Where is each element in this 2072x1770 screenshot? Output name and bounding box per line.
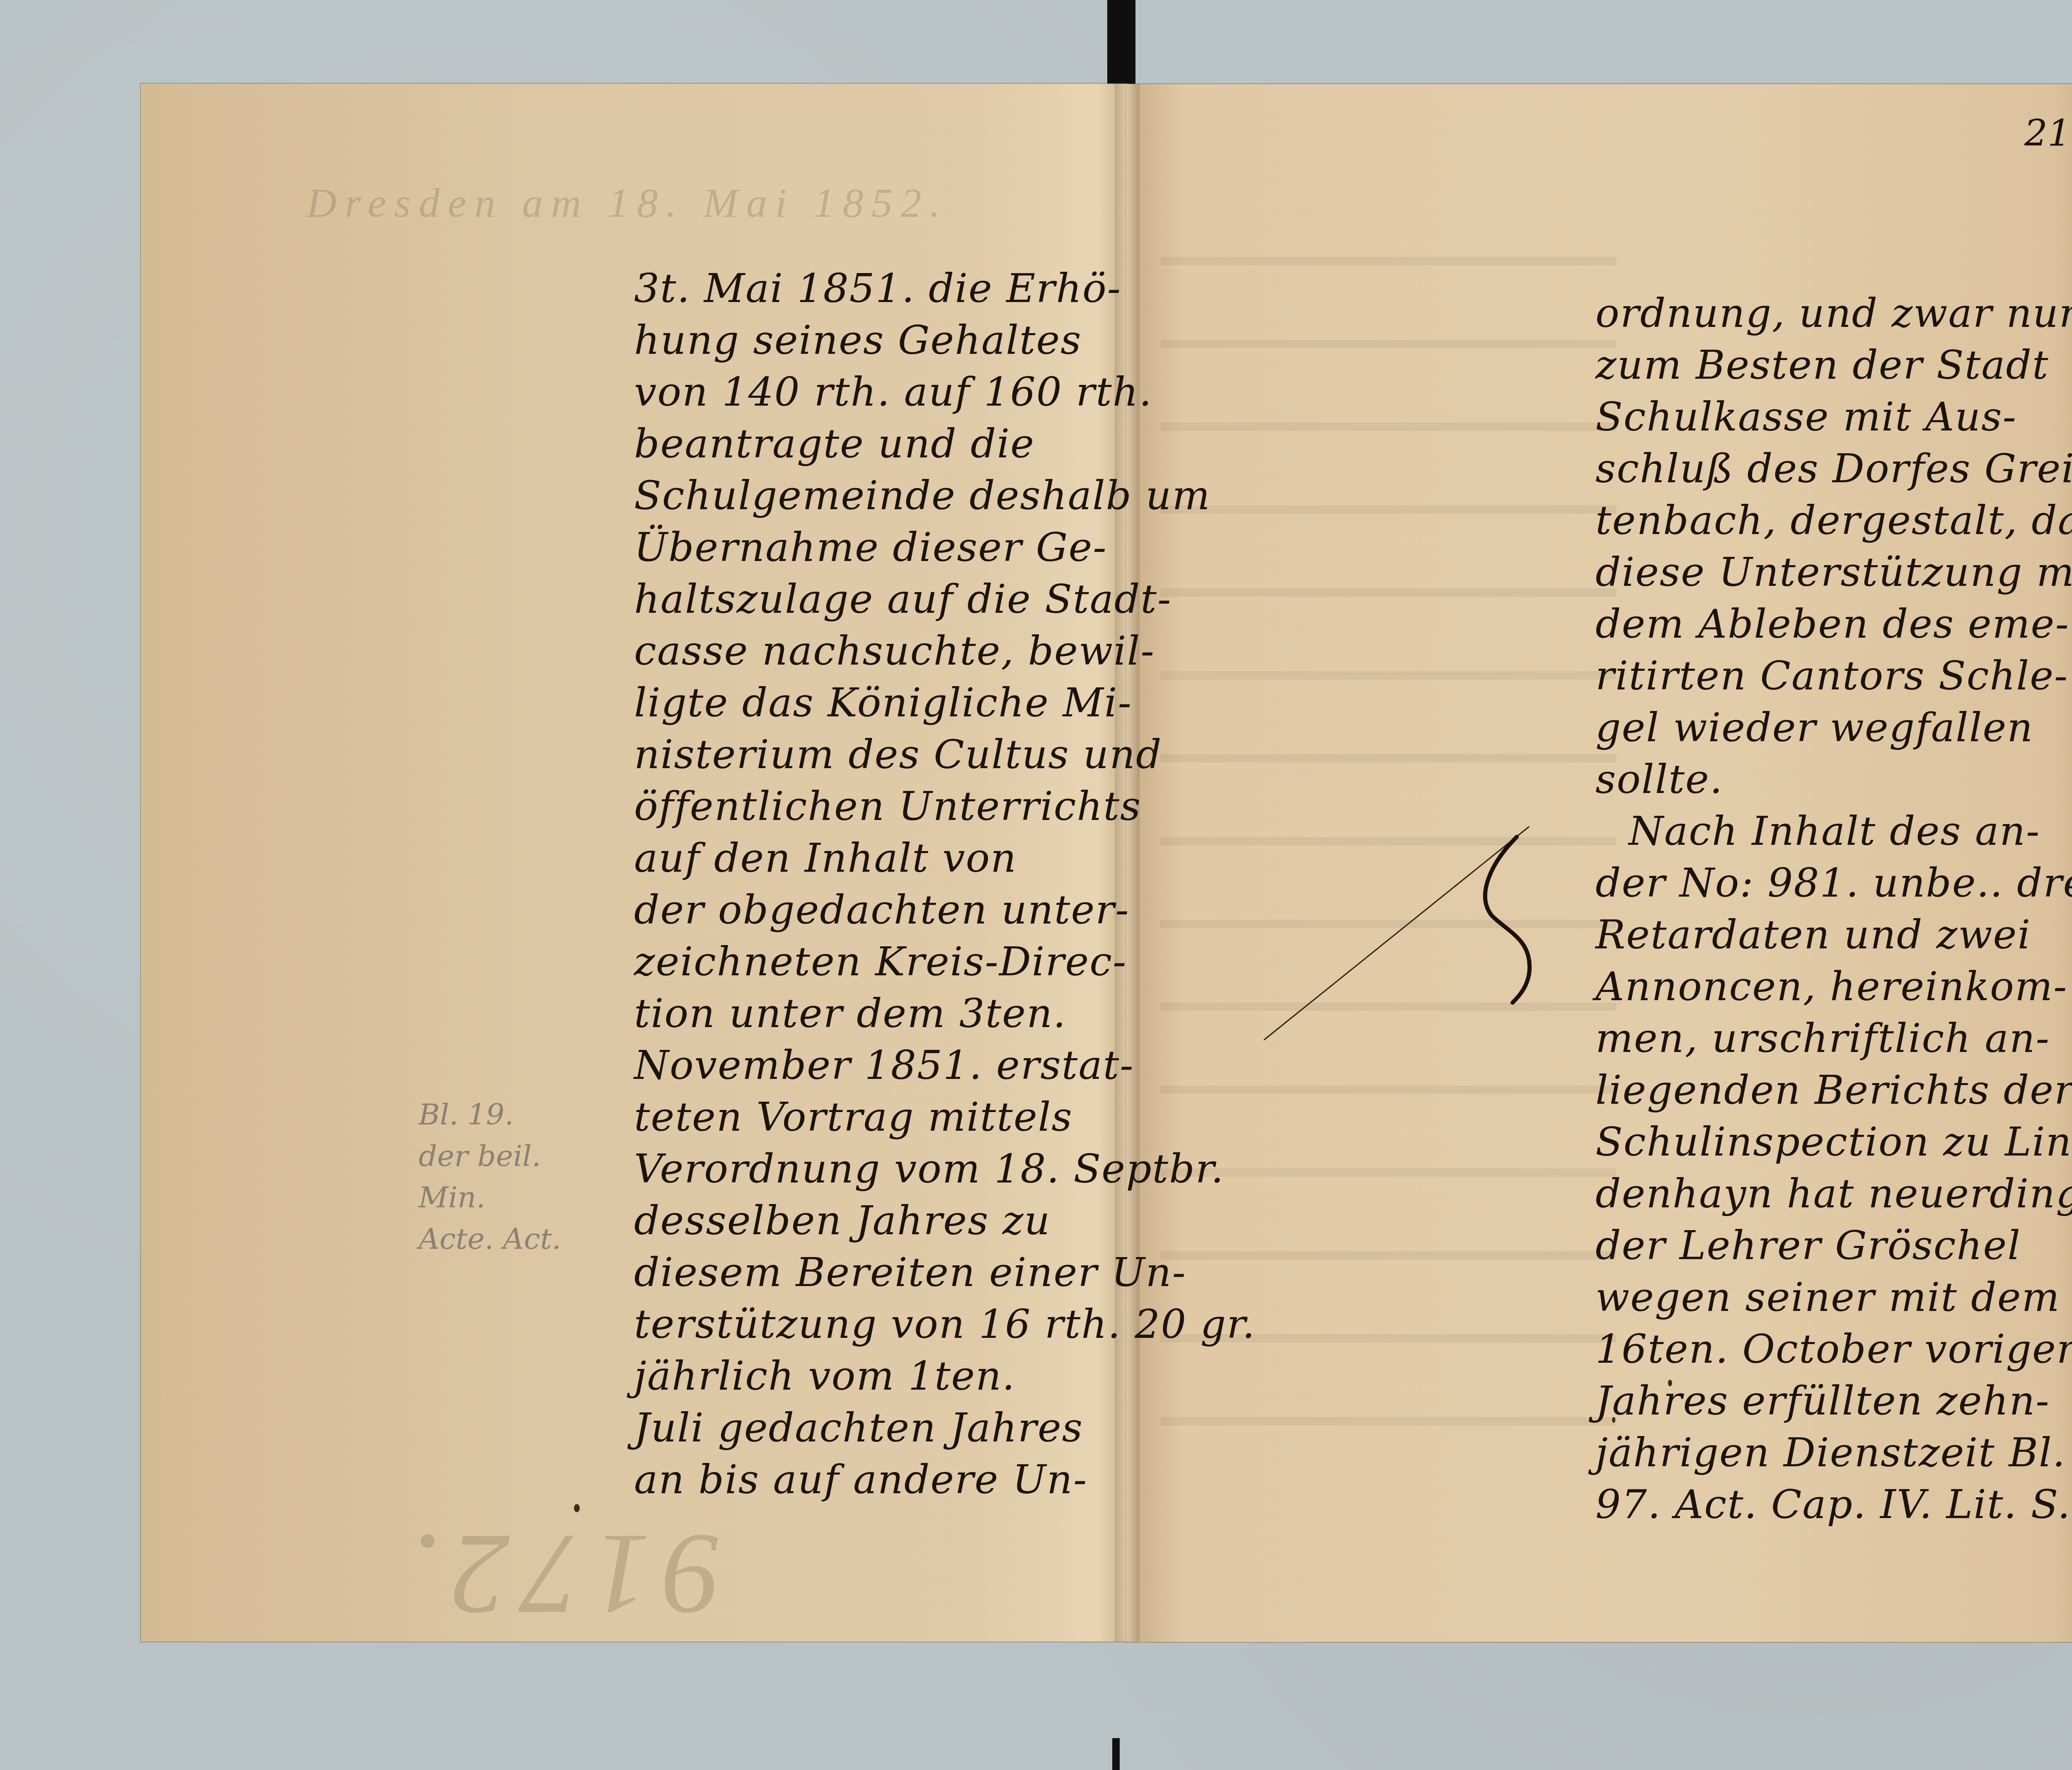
text-line: von 140 rth. auf 160 rth. <box>634 369 1152 415</box>
text-line: diese Unterstützung mit <box>1595 549 2072 595</box>
text-line: men, urschriftlich an- <box>1595 1015 2050 1062</box>
text-line: Jahres erfüllten zehn- <box>1595 1378 2050 1424</box>
text-line: desselben Jahres zu <box>634 1197 1051 1244</box>
text-line: Schulgemeinde deshalb um <box>634 472 1210 519</box>
binding-strap-top <box>1107 0 1135 85</box>
text-line: ligte das Königliche Mi- <box>634 679 1132 726</box>
text-line: beantragte und die <box>634 421 1035 467</box>
text-line: jährlich vom 1ten. <box>634 1353 1016 1399</box>
margin-pencil-note: Bl. 19. der beil. Min. Acte. Act. <box>419 1094 568 1260</box>
text-line: Verordnung vom 18. Septbr. <box>634 1146 1225 1192</box>
pen-stroke-mark <box>1260 825 1558 1081</box>
faded-stamp-number: 9172. <box>398 1508 721 1642</box>
text-line: ritirten Cantors Schle- <box>1595 653 2068 699</box>
text-line: Juli gedachten Jahres <box>634 1405 1083 1451</box>
text-line: hung seines Gehaltes <box>634 317 1082 363</box>
text-line: an bis auf andere Un- <box>634 1456 1087 1503</box>
folio-number: 21. <box>2024 112 2072 155</box>
text-line: dem Ableben des eme- <box>1595 601 2070 647</box>
text-line: Schulinspection zu Lin- <box>1595 1119 2072 1165</box>
text-line: liegenden Berichts der <box>1595 1067 2072 1113</box>
text-line: der Lehrer Gröschel <box>1595 1222 2021 1269</box>
text-line: diesem Bereiten einer Un- <box>634 1249 1186 1296</box>
text-line: jährigen Dienstzeit Bl. <box>1595 1429 2066 1476</box>
text-line: tenbach, dergestalt, daß <box>1595 497 2072 544</box>
text-line: 3t. Mai 1851. die Erhö- <box>634 265 1121 312</box>
text-line: Schulkasse mit Aus- <box>1595 394 2017 440</box>
text-line: 97. Act. Cap. IV. Lit. S. <box>1595 1481 2071 1528</box>
text-line: zum Besten der Stadt <box>1595 342 2049 388</box>
text-line: teten Vortrag mittels <box>634 1094 1073 1140</box>
text-line: Übernahme dieser Ge- <box>634 524 1107 571</box>
ink-spot <box>1668 1380 1672 1386</box>
text-line: casse nachsuchte, bewil- <box>634 628 1155 674</box>
text-line: Annoncen, hereinkom- <box>1595 963 2067 1010</box>
text-line: zeichneten Kreis-Direc- <box>634 938 1127 985</box>
text-line: ordnung, und zwar nur <box>1595 290 2072 336</box>
text-line: Nach Inhalt des an- <box>1629 808 2041 854</box>
text-line: November 1851. erstat- <box>634 1042 1134 1088</box>
text-line: nisterium des Cultus und <box>634 731 1162 778</box>
ink-spot <box>574 1504 580 1512</box>
text-line: wegen seiner mit dem <box>1595 1274 2060 1320</box>
text-line: tion unter dem 3ten. <box>634 990 1067 1037</box>
pencil-note-line: Bl. 19. der beil. <box>419 1094 568 1177</box>
text-line: der No: 981. unbe.. drei <box>1595 860 2072 906</box>
text-line: sollte. <box>1595 756 1723 803</box>
text-line: gel wieder wegfallen <box>1595 704 2033 751</box>
text-line: der obgedachten unter- <box>634 887 1130 933</box>
text-line: öffentlichen Unterrichts <box>634 783 1141 829</box>
text-line: auf den Inhalt von <box>634 835 1017 881</box>
faded-top-text: Dresden am 18. Mai 1852. <box>307 179 948 227</box>
text-line: haltszulage auf die Stadt- <box>634 576 1172 622</box>
ink-spot <box>1612 1417 1615 1423</box>
text-line: 16ten. October vorigen <box>1595 1326 2072 1372</box>
binding-strap-bottom <box>1112 1738 1120 1770</box>
text-line: terstützung von 16 rth. 20 gr. <box>634 1301 1256 1347</box>
text-line: Retardaten und zwei <box>1595 912 2031 958</box>
book-gutter <box>1115 84 1140 1642</box>
pencil-note-line: Min. Acte. Act. <box>419 1177 568 1260</box>
text-line: schluß des Dorfes Grei- <box>1595 445 2072 492</box>
text-line: denhayn hat neuerdings <box>1595 1170 2072 1217</box>
